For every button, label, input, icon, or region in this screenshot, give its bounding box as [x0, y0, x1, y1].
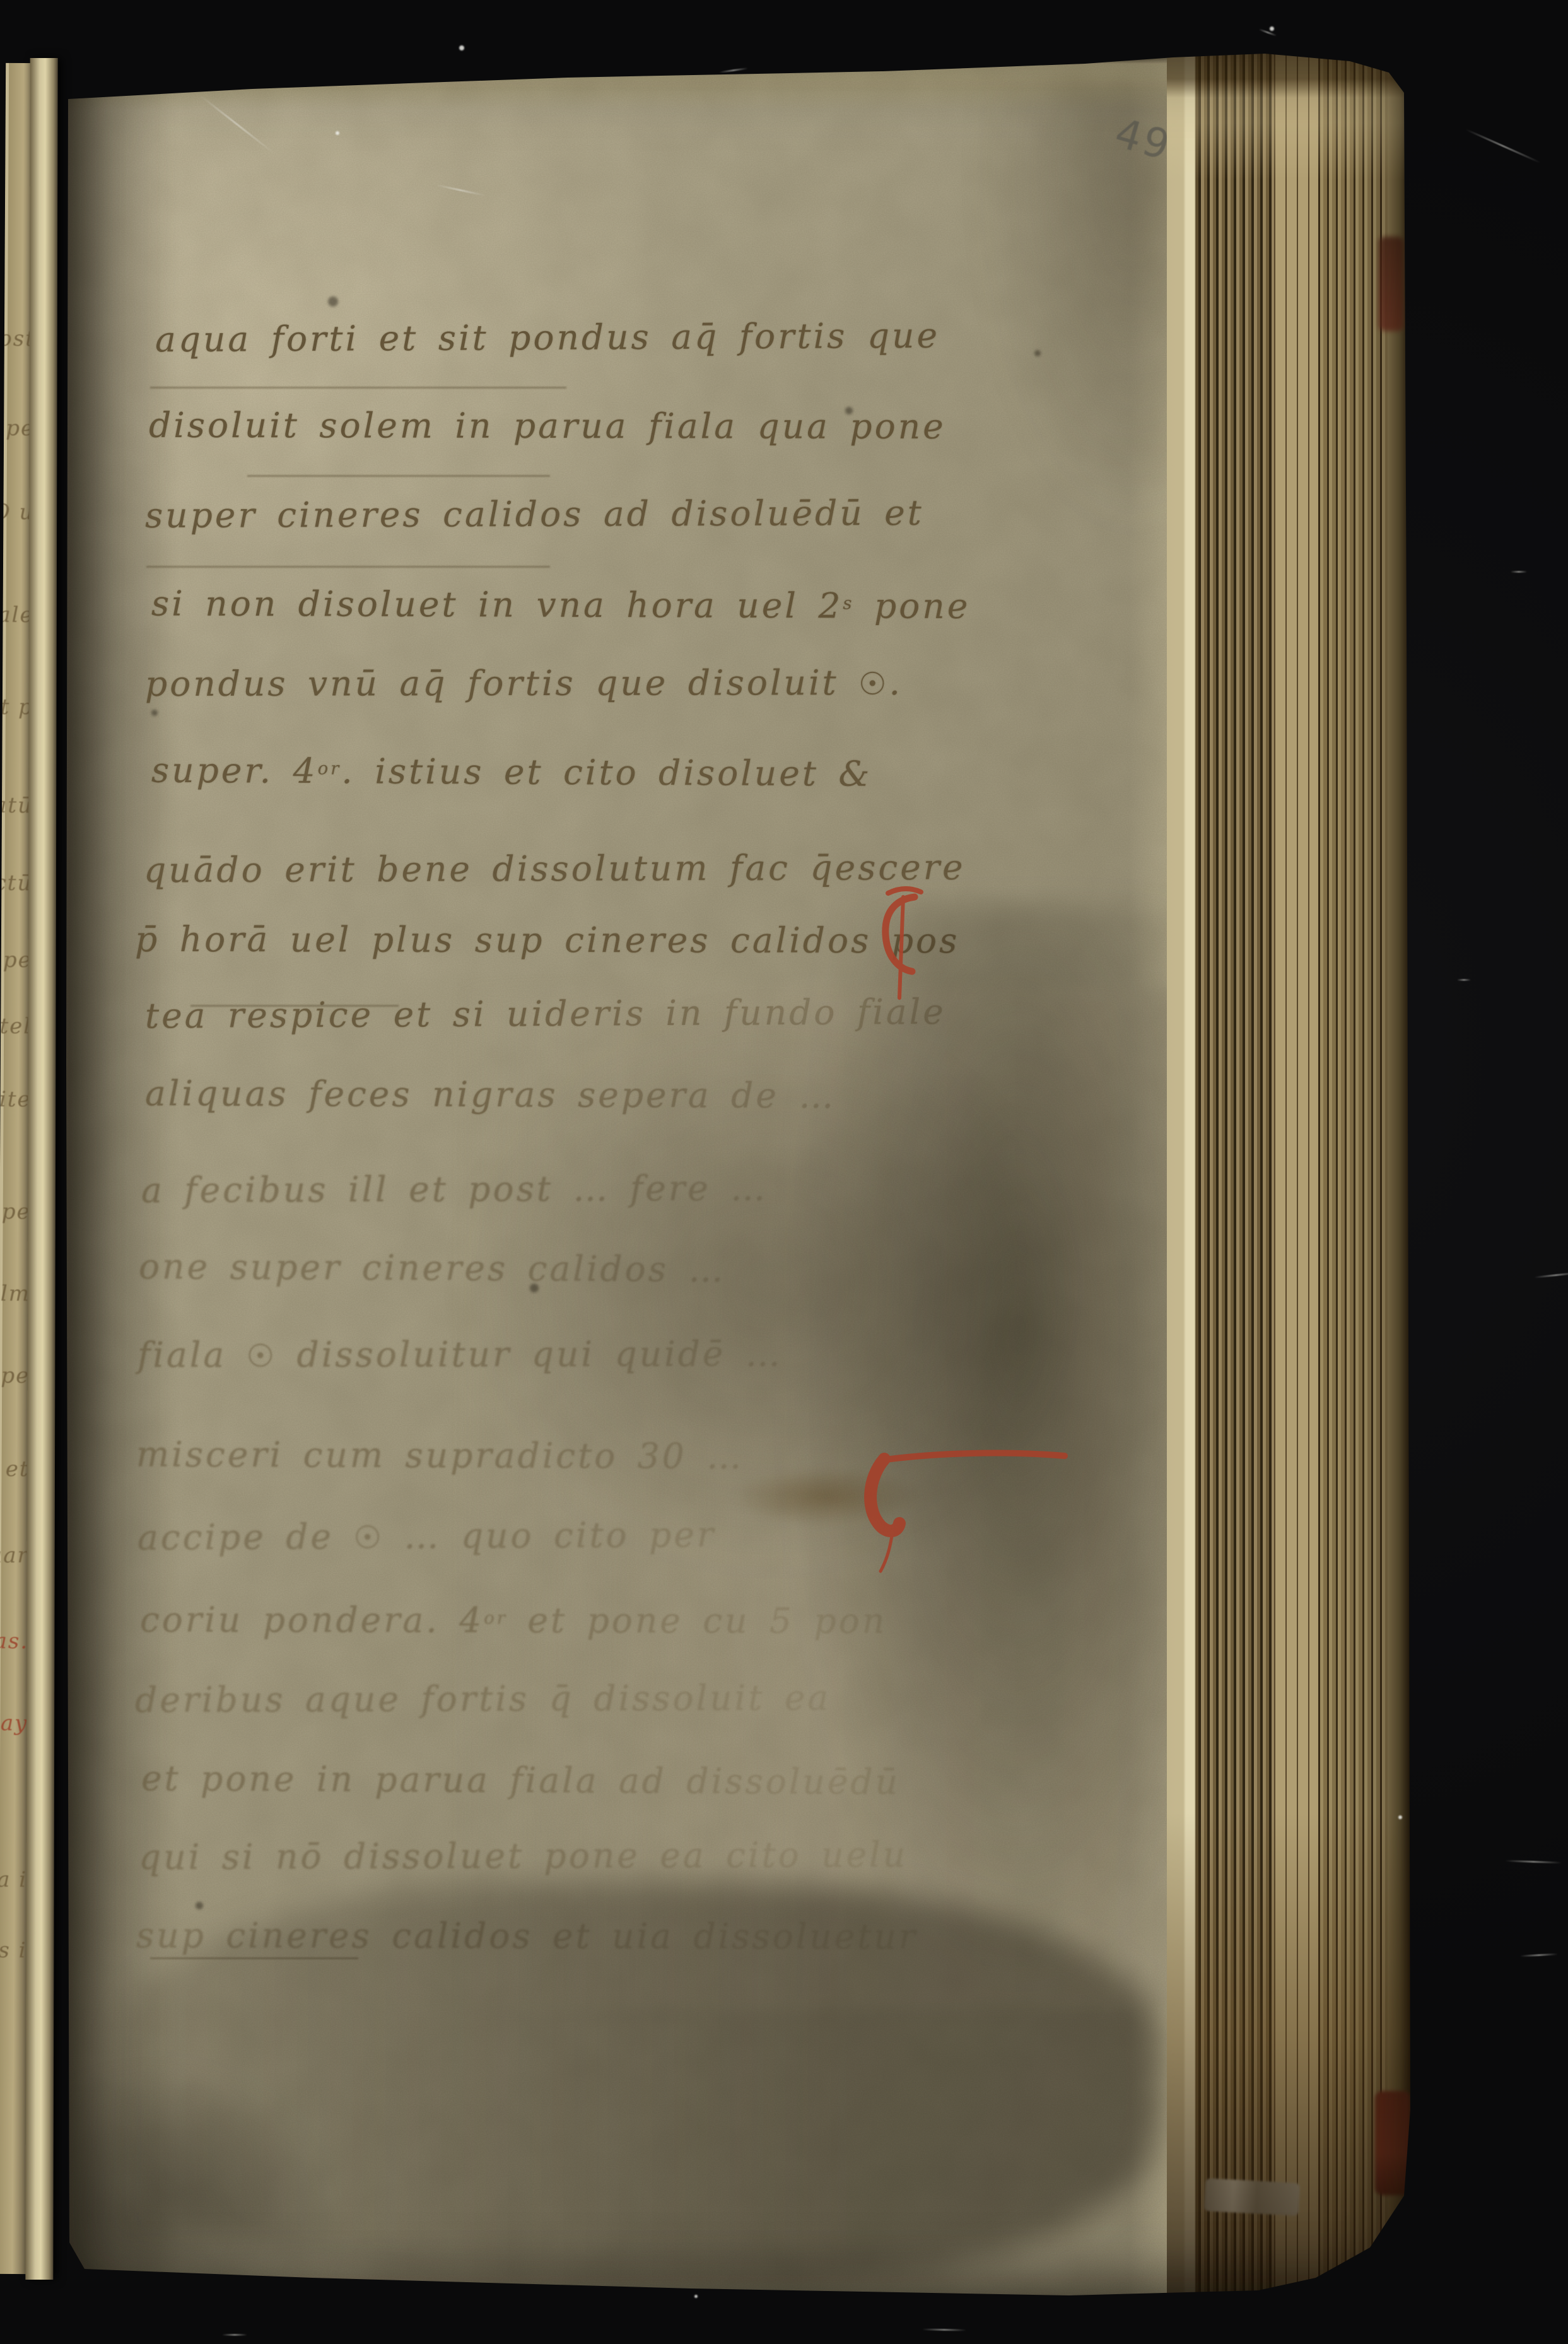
sun-gold-symbol: ☉ [858, 665, 889, 702]
rubric-pilcrow-icon [875, 883, 939, 1009]
manuscript-line: p̄ horā uel plus sup cineres calidos pos [135, 917, 959, 963]
parchment-fleck [151, 710, 158, 716]
ink-rule-line [247, 475, 550, 477]
dust-scratch [1511, 571, 1527, 573]
dust-scratch [222, 2334, 247, 2336]
facing-page-text-fragment: auay [0, 1713, 28, 1734]
ink-rule-line [150, 1957, 358, 1959]
parchment-fleck [328, 296, 338, 307]
dust-scratch [1457, 979, 1471, 981]
facing-page-text-fragment: tur pe [0, 1201, 31, 1223]
dust-speck [336, 131, 339, 135]
facing-page-text-fragment: capitel [0, 1015, 32, 1037]
facing-page-text-fragment: es accipe [0, 949, 32, 971]
dust-scratch [719, 67, 748, 73]
dust-speck [1398, 1815, 1402, 1819]
facing-page-text-fragment: uuar [0, 1545, 29, 1566]
dust-scratch [1534, 1272, 1568, 1278]
facing-page-text-fragment: alas. [0, 1631, 28, 1652]
ink-rule-line [146, 566, 550, 568]
manuscript-line: super cineres calidos ad disoluēdū et [145, 491, 924, 537]
parchment-fleck [845, 407, 853, 414]
facing-page-text-fragment: mali et [0, 1458, 30, 1480]
manuscript-photo-scene: lue postr iu ampecape. O utea caleedū et… [0, 0, 1568, 2344]
facing-page-text-fragment: o capite [0, 1088, 32, 1110]
parchment-fleck [530, 1284, 539, 1292]
manuscript-line: disoluit solem in parua fiala qua pone [149, 403, 946, 448]
page-holder-strip [25, 58, 57, 2280]
facing-page-text-fragment: pdictū [0, 872, 32, 894]
dust-speck [1270, 26, 1274, 31]
dust-scratch [1505, 1860, 1562, 1863]
sun-gold-symbol: ☉ [353, 1519, 384, 1556]
manuscript-line: pondus vnū aq̄ fortis que disoluit ☉. [145, 660, 903, 707]
dust-speck [694, 2295, 698, 2298]
manuscript-line: super. 4or. istius et cito disoluet & [151, 746, 872, 796]
manuscript-book: aqua forti et sit pondus aq̄ fortis qued… [63, 54, 1413, 2309]
facing-page-text-fragment: mula i [0, 1868, 27, 1890]
rubric-bracket-icon [810, 1397, 1081, 1580]
manuscript-line: aqua forti et sit pondus aq̄ fortis que [155, 314, 940, 362]
binding-red-patch [1375, 2091, 1410, 2195]
facing-page-text-fragment: s i [0, 1940, 27, 1961]
facing-page-text-fragment: ndulm [0, 1282, 30, 1304]
dust-speck [459, 45, 464, 50]
fore-edge-stack [1167, 54, 1414, 2309]
sun-gold-symbol: ☉ [247, 1338, 277, 1374]
manuscript-line: si non disoluet in vna hora uel 2s pone [151, 579, 971, 628]
manuscript-line: quādo erit bene dissolutum fac q̄escere [144, 845, 966, 893]
dust-scratch [1520, 1953, 1558, 1957]
ink-rule-line [150, 387, 566, 389]
clasp-glint [1204, 2178, 1301, 2216]
dust-scratch [1465, 129, 1541, 164]
parchment-fleck [196, 1902, 203, 1909]
dust-scratch [922, 2328, 966, 2331]
binding-red-patch-top [1379, 237, 1404, 331]
facing-page-text-fragment: nd pe [0, 1365, 30, 1387]
dust-scratch [1258, 28, 1277, 37]
ink-rule-line [190, 1005, 399, 1007]
parchment-fleck [1034, 350, 1041, 356]
